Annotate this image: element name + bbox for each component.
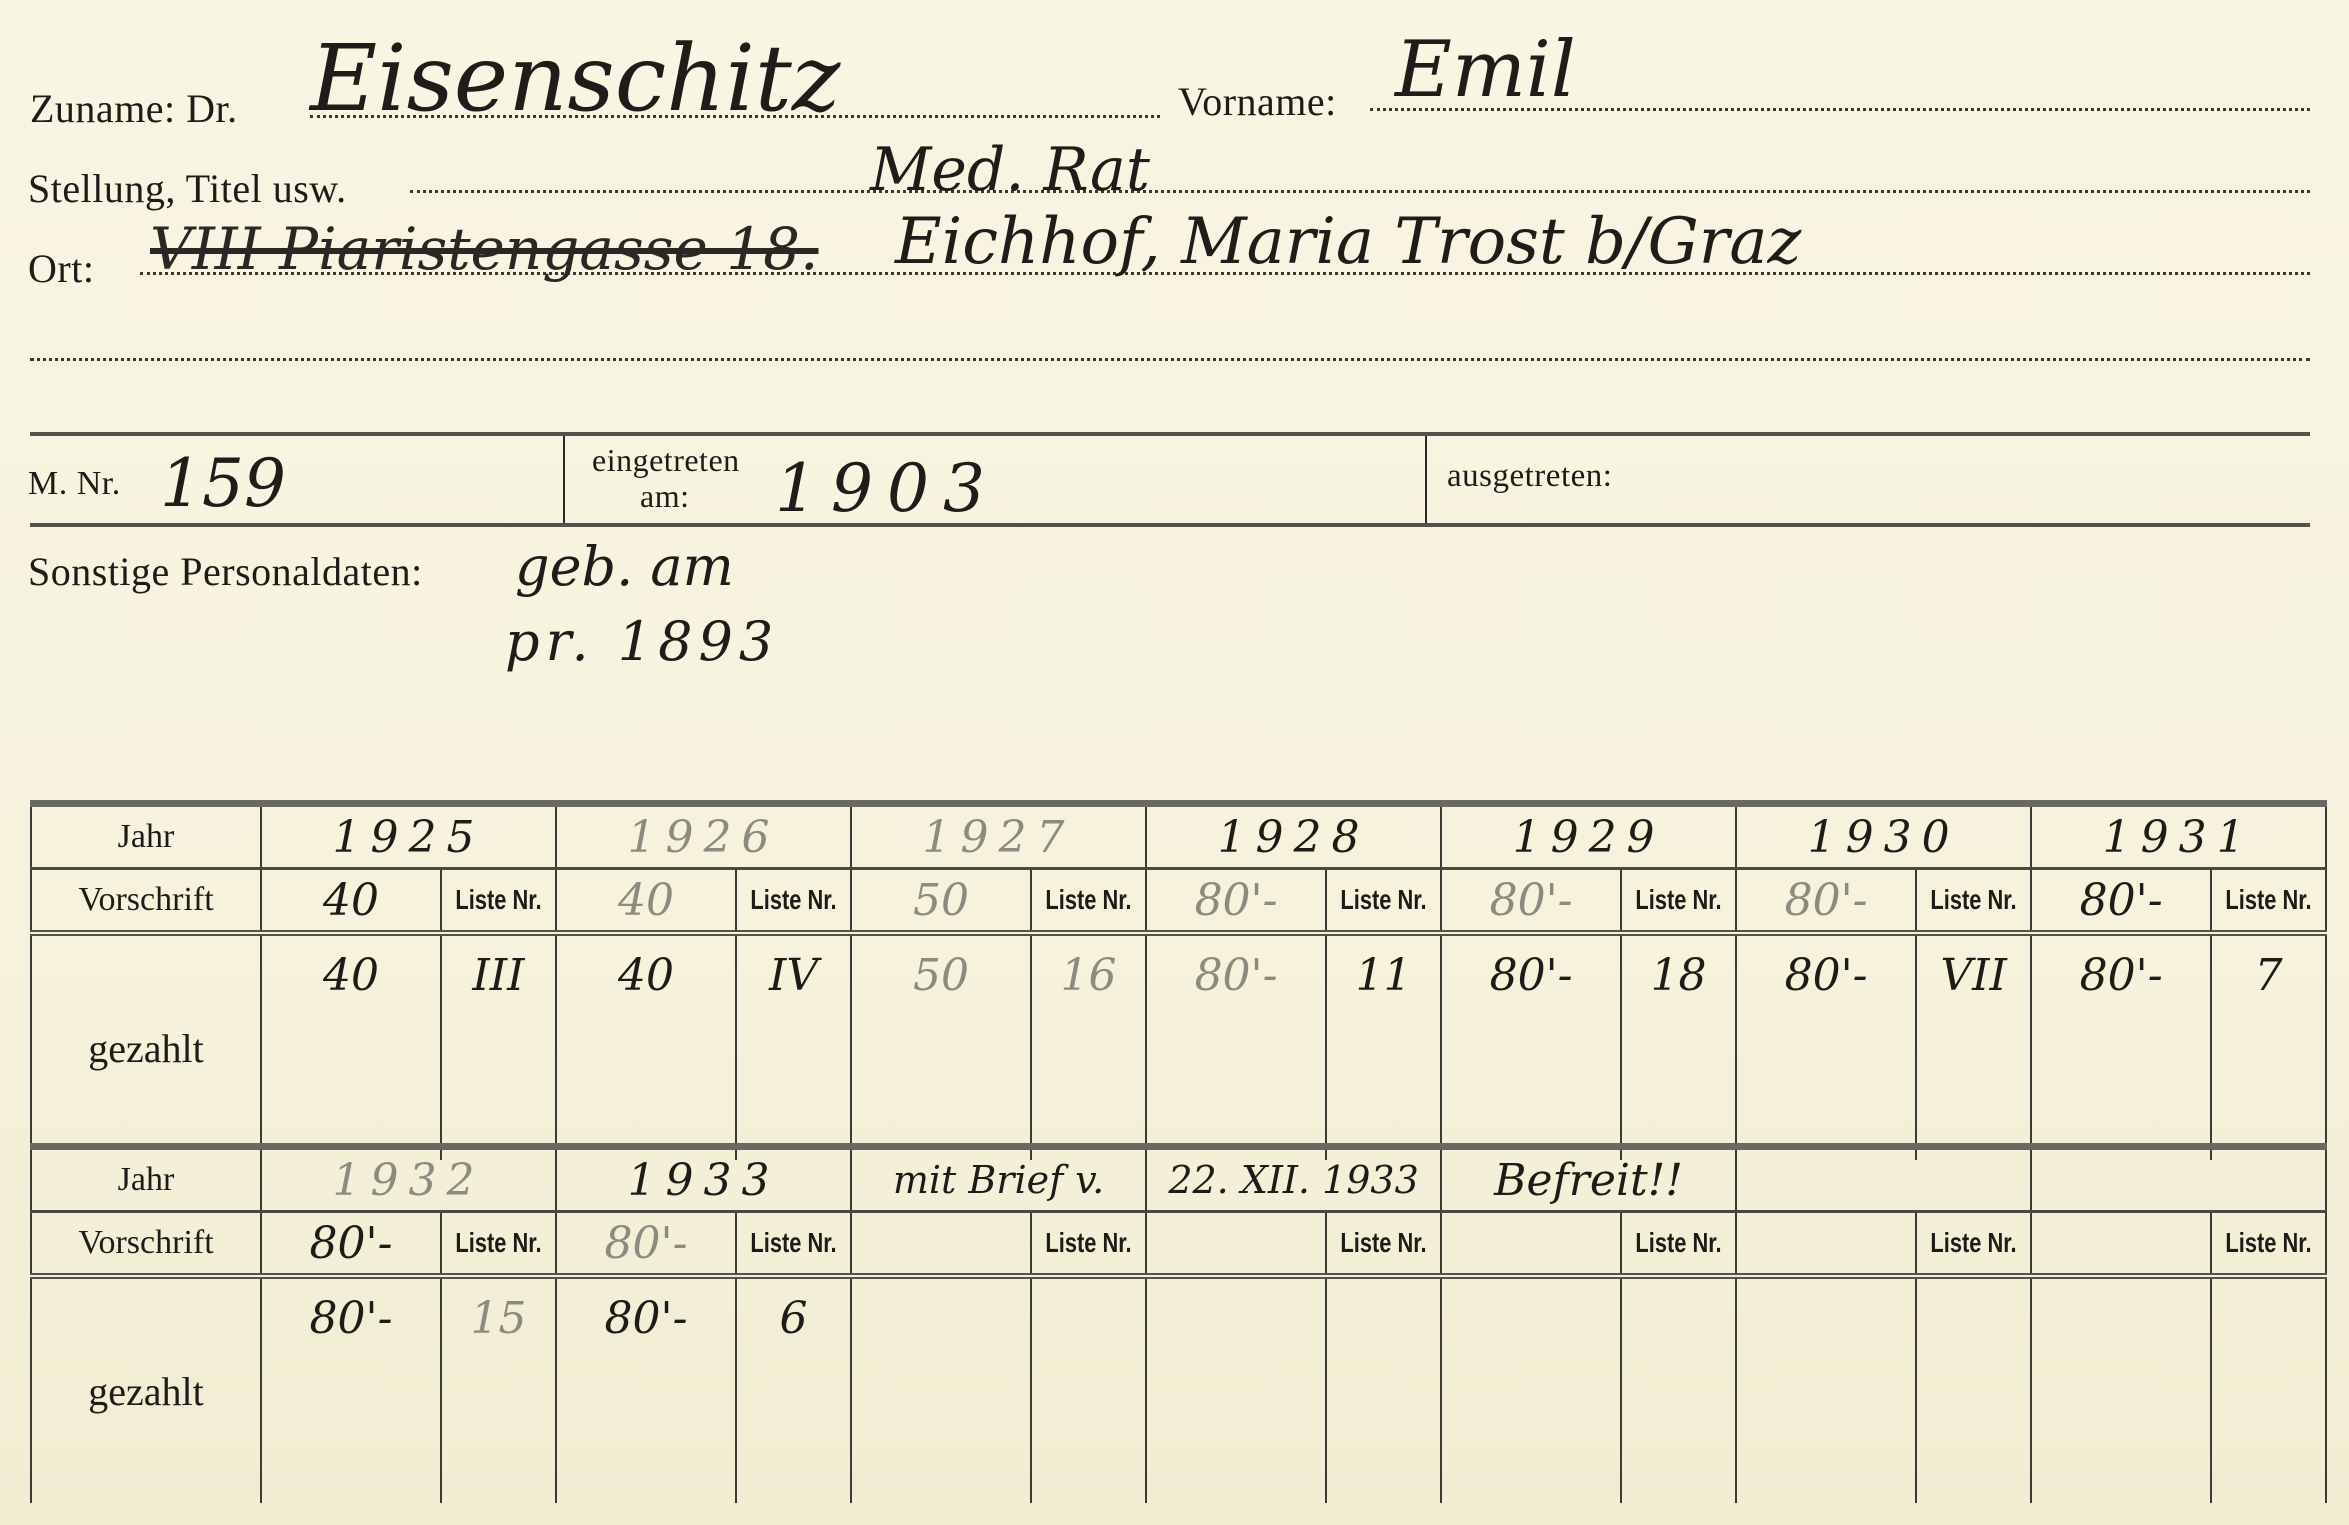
other-data-label: Sonstige Personaldaten:: [28, 548, 423, 595]
list-no-cell: 7: [2211, 933, 2326, 1160]
list-no-header: Liste Nr.: [1930, 1227, 2018, 1259]
member-band-bottom-rule: [30, 523, 2310, 527]
location-label: Ort:: [28, 245, 94, 292]
list-no-cell: [1621, 1276, 1736, 1503]
list-no-cell: 16: [1031, 933, 1146, 1160]
left-label: ausgetreten:: [1447, 458, 1612, 495]
joined-label-line2: am:: [640, 478, 689, 515]
required-cell: [2031, 1212, 2211, 1277]
required-row: Vorschrift 40 Liste Nr. 40 Liste Nr. 50 …: [31, 869, 2326, 934]
paid-cell: [1736, 1276, 1916, 1503]
firstname-value: Emil: [1395, 25, 1576, 115]
paid-row: gezahlt 40 III 40 IV 50 16 80'- 11 80'- …: [31, 933, 2326, 1160]
joined-label-line1: eingetreten: [592, 442, 740, 479]
member-no-value: 159: [160, 445, 286, 522]
required-cell: 40: [556, 869, 736, 934]
year-cell: 1927: [851, 804, 1146, 869]
paid-cell: 40: [261, 933, 441, 1160]
year-cell: 1928: [1146, 804, 1441, 869]
list-no-cell: 18: [1621, 933, 1736, 1160]
surname-label: Zuname: Dr.: [30, 85, 238, 132]
fees-table-block-1: Jahr 1925 1926 1927 1928 1929 1930 1931 …: [30, 800, 2327, 1160]
list-no-header: Liste Nr.: [1339, 1227, 1427, 1259]
required-cell: 80'-: [1736, 869, 1916, 934]
fees-table-block-2: Jahr 1932 1933 mit Brief v. 22. XII. 193…: [30, 1143, 2327, 1503]
year-row: Jahr 1925 1926 1927 1928 1929 1930 1931: [31, 804, 2326, 869]
required-row-label: Vorschrift: [31, 1212, 261, 1277]
membership-card: Zuname: Dr. Eisenschitz Vorname: Emil St…: [0, 0, 2349, 1525]
list-no-header: Liste Nr.: [1930, 884, 2018, 916]
paid-cell: 80'-: [1146, 933, 1326, 1160]
paid-cell: 80'-: [1736, 933, 1916, 1160]
paid-cell: 50: [851, 933, 1031, 1160]
list-no-cell: [2211, 1276, 2326, 1503]
required-cell: [851, 1212, 1031, 1277]
list-no-cell: III: [441, 933, 556, 1160]
list-no-cell: 11: [1326, 933, 1441, 1160]
year-cell: 1929: [1441, 804, 1736, 869]
note-cell: Befreit!!: [1441, 1147, 1736, 1212]
list-no-header: Liste Nr.: [2225, 1227, 2313, 1259]
required-cell: 80'-: [1146, 869, 1326, 934]
list-no-cell: [1031, 1276, 1146, 1503]
year-cell: 1925: [261, 804, 556, 869]
paid-cell: 80'-: [1441, 933, 1621, 1160]
list-no-header: Liste Nr.: [2225, 884, 2313, 916]
member-band-top-rule: [30, 432, 2310, 436]
required-cell: [1736, 1212, 1916, 1277]
required-cell: 80'-: [556, 1212, 736, 1277]
paid-row: gezahlt 80'- 15 80'- 6: [31, 1276, 2326, 1503]
list-no-cell: VII: [1916, 933, 2031, 1160]
list-no-header: Liste Nr.: [1339, 884, 1427, 916]
required-cell: 80'-: [261, 1212, 441, 1277]
year-cell: 1933: [556, 1147, 851, 1212]
position-value: Med. Rat: [870, 135, 1150, 205]
location-struck-value: VIII Piaristengasse 18.: [150, 215, 818, 283]
year-cell: [2031, 1147, 2326, 1212]
required-cell: 80'-: [1441, 869, 1621, 934]
paid-cell: [2031, 1276, 2211, 1503]
member-no-label: M. Nr.: [28, 465, 121, 503]
other-data-line2: pr. 1893: [505, 610, 779, 673]
list-no-cell: 6: [736, 1276, 851, 1503]
list-no-header: Liste Nr.: [749, 1227, 837, 1259]
firstname-label: Vorname:: [1178, 78, 1337, 125]
list-no-header: Liste Nr.: [749, 884, 837, 916]
surname-value: Eisenschitz: [310, 25, 840, 132]
list-no-header: Liste Nr.: [454, 1227, 542, 1259]
required-cell: 40: [261, 869, 441, 934]
required-cell: 50: [851, 869, 1031, 934]
required-row: Vorschrift 80'- Liste Nr. 80'- Liste Nr.…: [31, 1212, 2326, 1277]
year-cell: [1736, 1147, 2031, 1212]
list-no-header: Liste Nr.: [1044, 884, 1132, 916]
paid-cell: [1441, 1276, 1621, 1503]
paid-cell: [851, 1276, 1031, 1503]
required-row-label: Vorschrift: [31, 869, 261, 934]
year-cell: 1931: [2031, 804, 2326, 869]
joined-value: 1903: [775, 450, 999, 527]
paid-cell: 80'-: [261, 1276, 441, 1503]
list-no-header: Liste Nr.: [1634, 884, 1722, 916]
list-no-header: Liste Nr.: [1634, 1227, 1722, 1259]
paid-cell: [1146, 1276, 1326, 1503]
year-row-label: Jahr: [31, 1147, 261, 1212]
paid-row-label: gezahlt: [31, 933, 261, 1160]
note-cell: mit Brief v.: [851, 1147, 1146, 1212]
required-cell: 80'-: [2031, 869, 2211, 934]
required-cell: [1146, 1212, 1326, 1277]
required-cell: [1441, 1212, 1621, 1277]
year-cell: 1930: [1736, 804, 2031, 869]
paid-row-label: gezahlt: [31, 1276, 261, 1503]
list-no-header: Liste Nr.: [454, 884, 542, 916]
list-no-cell: 15: [441, 1276, 556, 1503]
position-label: Stellung, Titel usw.: [28, 165, 347, 212]
list-no-header: Liste Nr.: [1044, 1227, 1132, 1259]
location-value: Eichhof, Maria Trost b/Graz: [895, 205, 1801, 279]
list-no-cell: IV: [736, 933, 851, 1160]
paid-cell: 80'-: [2031, 933, 2211, 1160]
member-band-divider-2: [1425, 436, 1427, 523]
year-cell: 1932: [261, 1147, 556, 1212]
other-data-line1: geb. am: [515, 535, 734, 598]
member-band-divider-1: [563, 436, 565, 523]
note-cell: 22. XII. 1933: [1146, 1147, 1441, 1212]
paid-cell: 40: [556, 933, 736, 1160]
year-row-label: Jahr: [31, 804, 261, 869]
list-no-cell: [1916, 1276, 2031, 1503]
paid-cell: 80'-: [556, 1276, 736, 1503]
extra-dotted-line: [30, 358, 2310, 361]
list-no-cell: [1326, 1276, 1441, 1503]
position-dotted-line: [410, 190, 2310, 193]
year-row: Jahr 1932 1933 mit Brief v. 22. XII. 193…: [31, 1147, 2326, 1212]
year-cell: 1926: [556, 804, 851, 869]
